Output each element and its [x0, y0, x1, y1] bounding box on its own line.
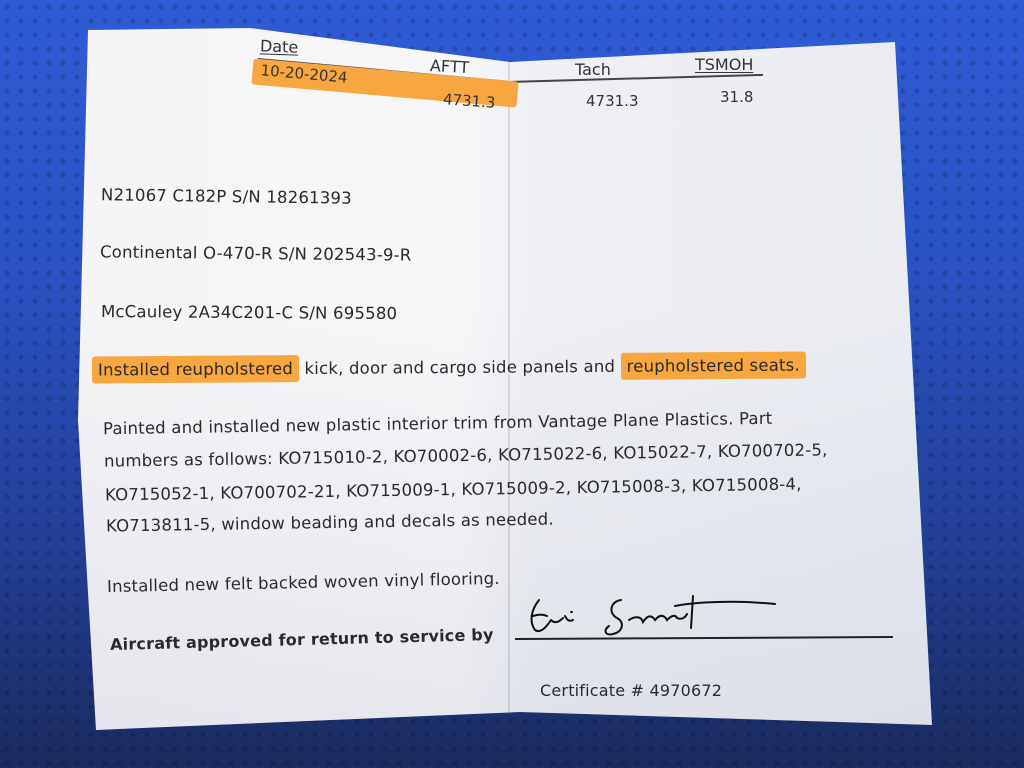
- airframe-line: N21067 C182P S/N 18261393: [101, 185, 352, 208]
- upholstery-highlight-2: reupholstered seats.: [620, 352, 806, 380]
- paper-fold-line: [508, 62, 510, 714]
- header-tach-label: Tach: [575, 60, 611, 79]
- upholstery-middle-text: kick, door and cargo side panels and: [299, 357, 621, 378]
- signature-icon: [525, 592, 795, 642]
- upholstery-highlight-1: Installed reupholstered: [92, 355, 299, 383]
- logbook-entry-sheet: Date AFTT Tach TSMOH 10-20-2024 4731.3 4…: [0, 0, 1024, 768]
- certificate-number: Certificate # 4970672: [540, 681, 722, 700]
- header-aftt-value: 4731.3: [442, 90, 496, 112]
- header-tsmoh-value: 31.8: [720, 88, 753, 106]
- propeller-line: McCauley 2A34C201-C S/N 695580: [101, 302, 397, 323]
- header-date-label: Date: [260, 36, 299, 56]
- header-date-value: 10-20-2024: [260, 61, 348, 87]
- engine-line: Continental O-470-R S/N 202543-9-R: [100, 242, 412, 264]
- header-tach-value: 4731.3: [586, 92, 639, 110]
- upholstery-entry: Installed reupholstered kick, door and c…: [92, 356, 806, 380]
- header-tsmoh-label: TSMOH: [695, 55, 753, 74]
